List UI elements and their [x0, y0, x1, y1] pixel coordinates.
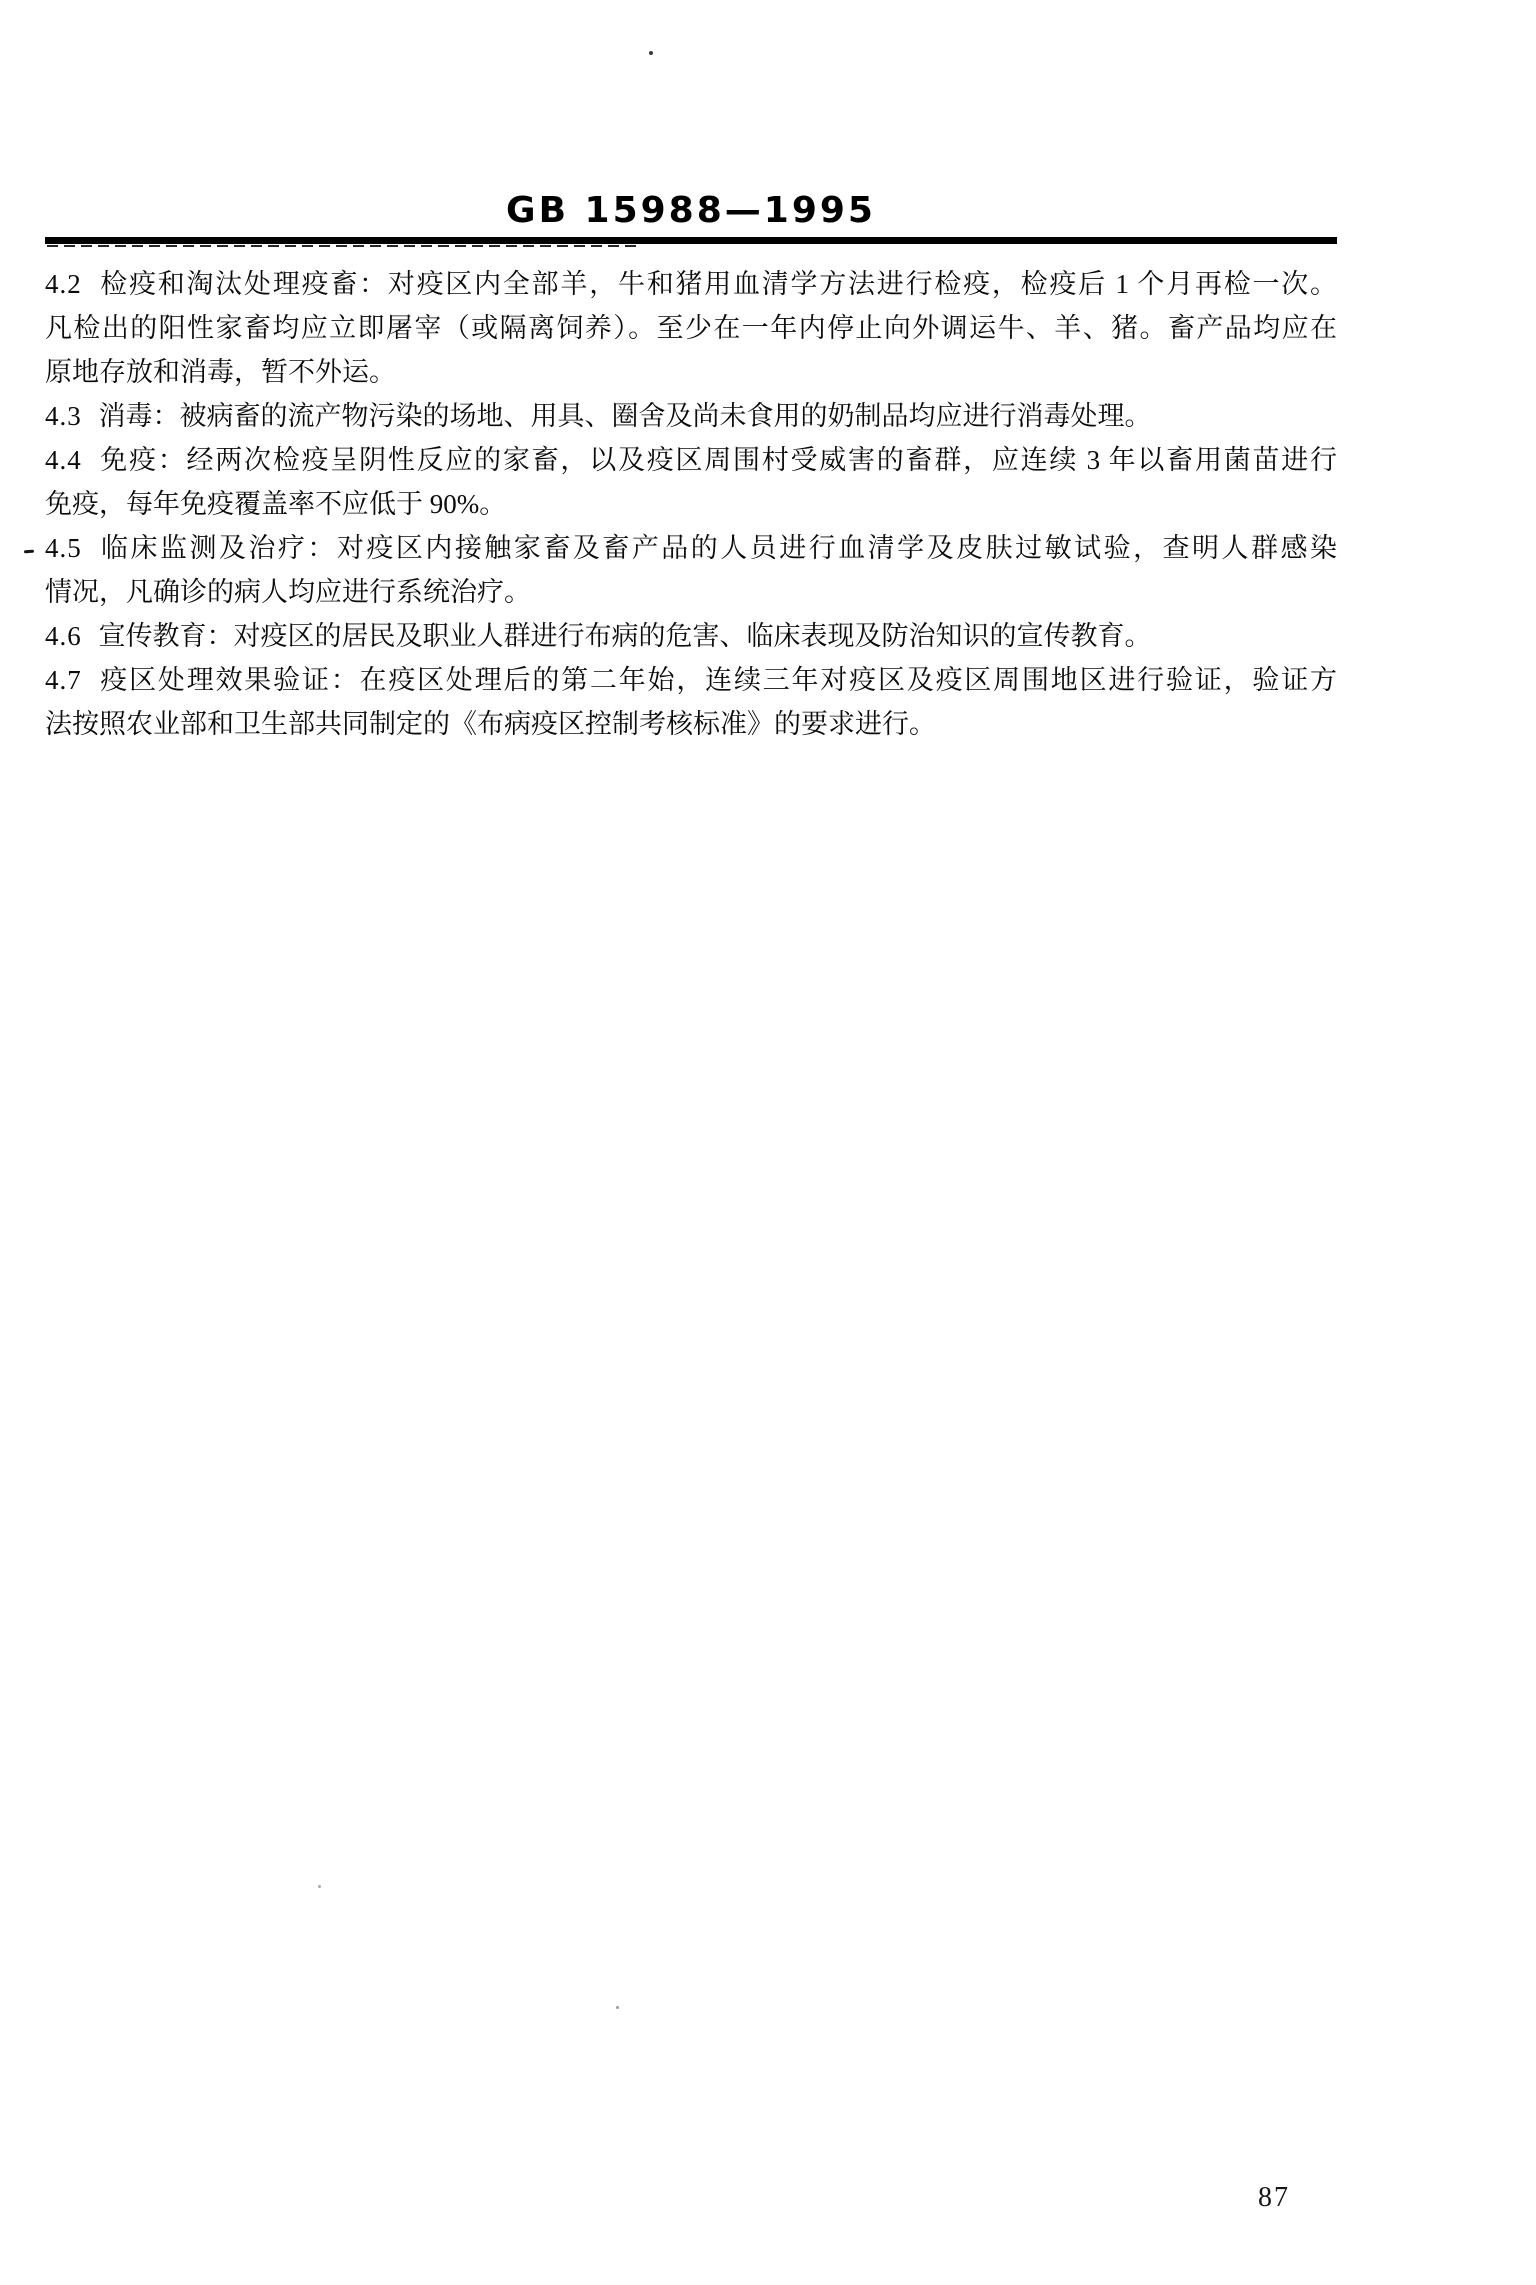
clause-number: 4.7	[45, 658, 82, 702]
scan-speck	[318, 1885, 321, 1888]
text-line: 4.4免疫：经两次检疫呈阴性反应的家畜，以及疫区周围村受威害的畜群，应连续 3 …	[45, 438, 1337, 482]
standard-code-header: GB 15988—1995	[45, 190, 1337, 231]
text-block: 4.2检疫和淘汰处理疫畜：对疫区内全部羊，牛和猪用血清学方法进行检疫，检疫后 1…	[45, 262, 1337, 746]
text-line: 情况，凡确诊的病人均应进行系统治疗。	[45, 570, 1337, 614]
text-line: 4.2检疫和淘汰处理疫畜：对疫区内全部羊，牛和猪用血清学方法进行检疫，检疫后 1…	[45, 262, 1337, 306]
text-line: 4.6宣传教育：对疫区的居民及职业人群进行布病的危害、临床表现及防治知识的宣传教…	[45, 614, 1337, 658]
header-rule	[45, 237, 1337, 244]
text-line: 原地存放和消毒，暂不外运。	[45, 350, 1337, 394]
clause-number: 4.2	[45, 262, 82, 306]
clause-text: 临床监测及治疗：对疫区内接触家畜及畜产品的人员进行血清学及皮肤过敏试验，查明人群…	[98, 533, 1337, 563]
clause-text: 检疫和淘汰处理疫畜：对疫区内全部羊，牛和猪用血清学方法进行检疫，检疫后 1 个月…	[98, 269, 1337, 299]
clause-text: 免疫：经两次检疫呈阴性反应的家畜，以及疫区周围村受威害的畜群，应连续 3 年以畜…	[98, 445, 1337, 475]
scan-stray-mark	[24, 550, 34, 554]
text-line: 4.7疫区处理效果验证：在疫区处理后的第二年始，连续三年对疫区及疫区周围地区进行…	[45, 658, 1337, 702]
scan-speck	[616, 2006, 619, 2009]
clause-text: 宣传教育：对疫区的居民及职业人群进行布病的危害、临床表现及防治知识的宣传教育。	[98, 621, 1151, 651]
scan-speck	[649, 51, 653, 55]
text-line: 凡检出的阳性家畜均应立即屠宰（或隔离饲养）。至少在一年内停止向外调运牛、羊、猪。…	[45, 306, 1337, 350]
text-line: 法按照农业部和卫生部共同制定的《布病疫区控制考核标准》的要求进行。	[45, 702, 1337, 746]
clause-number: 4.3	[45, 394, 82, 438]
clause-text: 消毒：被病畜的流产物污染的场地、用具、圈舍及尚未食用的奶制品均应进行消毒处理。	[98, 401, 1151, 431]
text-line: 4.5临床监测及治疗：对疫区内接触家畜及畜产品的人员进行血清学及皮肤过敏试验，查…	[45, 526, 1337, 570]
clause-number: 4.4	[45, 438, 82, 482]
text-line: 4.3消毒：被病畜的流产物污染的场地、用具、圈舍及尚未食用的奶制品均应进行消毒处…	[45, 394, 1337, 438]
clause-text: 疫区处理效果验证：在疫区处理后的第二年始，连续三年对疫区及疫区周围地区进行验证，…	[98, 665, 1337, 695]
document-page: GB 15988—1995 4.2检疫和淘汰处理疫畜：对疫区内全部羊，牛和猪用血…	[0, 0, 1536, 2285]
text-line: 免疫，每年免疫覆盖率不应低于 90%。	[45, 482, 1337, 526]
clause-number: 4.5	[45, 526, 82, 570]
clause-number: 4.6	[45, 614, 82, 658]
page-number: 87	[1258, 2182, 1290, 2214]
